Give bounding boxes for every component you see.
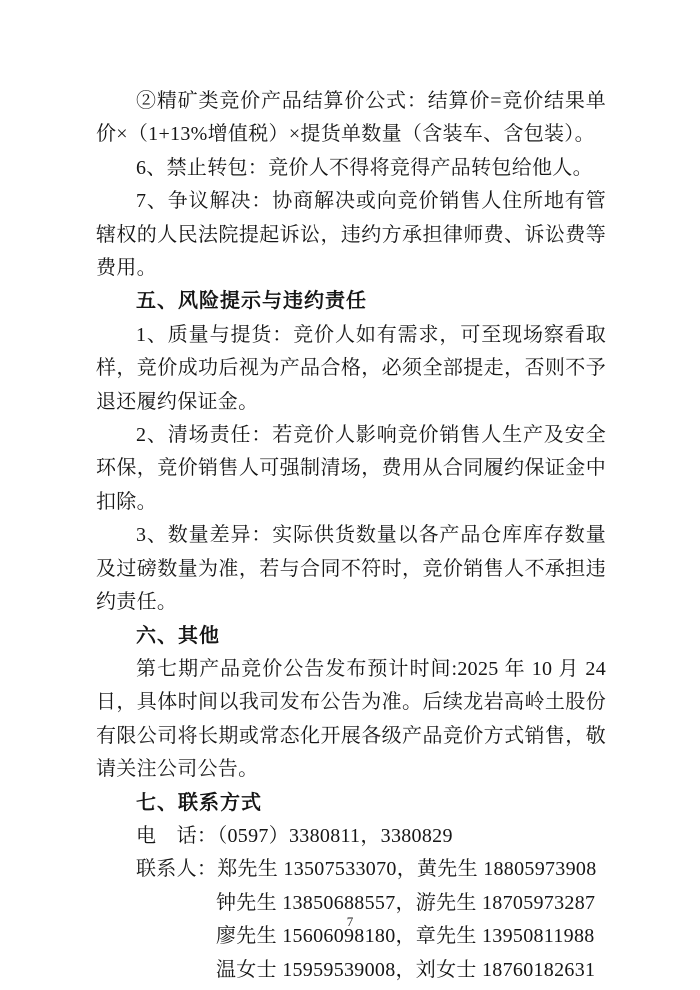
page-number: 7 [0, 914, 700, 930]
contact-person-line-4: 温女士 15959539008，刘女士 18760182631 [96, 954, 606, 987]
clause-site-clearing: 2、清场责任：若竞价人影响竞价销售人生产及安全环保，竞价销售人可强制清场，费用从… [96, 419, 606, 519]
clause-settlement-formula: ②精矿类竞价产品结算价公式：结算价=竞价结果单价×（1+13%增值税）×提货单数… [96, 85, 606, 152]
contact-phone-line: 电 话：（0597）3380811，3380829 [96, 820, 606, 853]
section-heading-contact: 七、联系方式 [96, 787, 606, 820]
para-next-auction-notice: 第七期产品竞价公告发布预计时间:2025 年 10 月 24 日，具体时间以我司… [96, 653, 606, 787]
section-heading-risk: 五、风险提示与违约责任 [96, 285, 606, 318]
contact-person-line-1: 联系人：郑先生 13507533070，黄先生 18805973908 [96, 853, 606, 886]
clause-no-subcontract: 6、禁止转包：竞价人不得将竞得产品转包给他人。 [96, 152, 606, 185]
document-body: ②精矿类竞价产品结算价公式：结算价=竞价结果单价×（1+13%增值税）×提货单数… [96, 85, 606, 987]
clause-dispute-resolution: 7、争议解决：协商解决或向竞价销售人住所地有管辖权的人民法院提起诉讼，违约方承担… [96, 185, 606, 285]
section-heading-other: 六、其他 [96, 620, 606, 653]
clause-quantity-difference: 3、数量差异：实际供货数量以各产品仓库库存数量及过磅数量为准，若与合同不符时，竞… [96, 519, 606, 619]
document-page: ②精矿类竞价产品结算价公式：结算价=竞价结果单价×（1+13%增值税）×提货单数… [0, 0, 700, 990]
clause-quality-pickup: 1、质量与提货：竞价人如有需求，可至现场察看取样，竞价成功后视为产品合格，必须全… [96, 319, 606, 419]
